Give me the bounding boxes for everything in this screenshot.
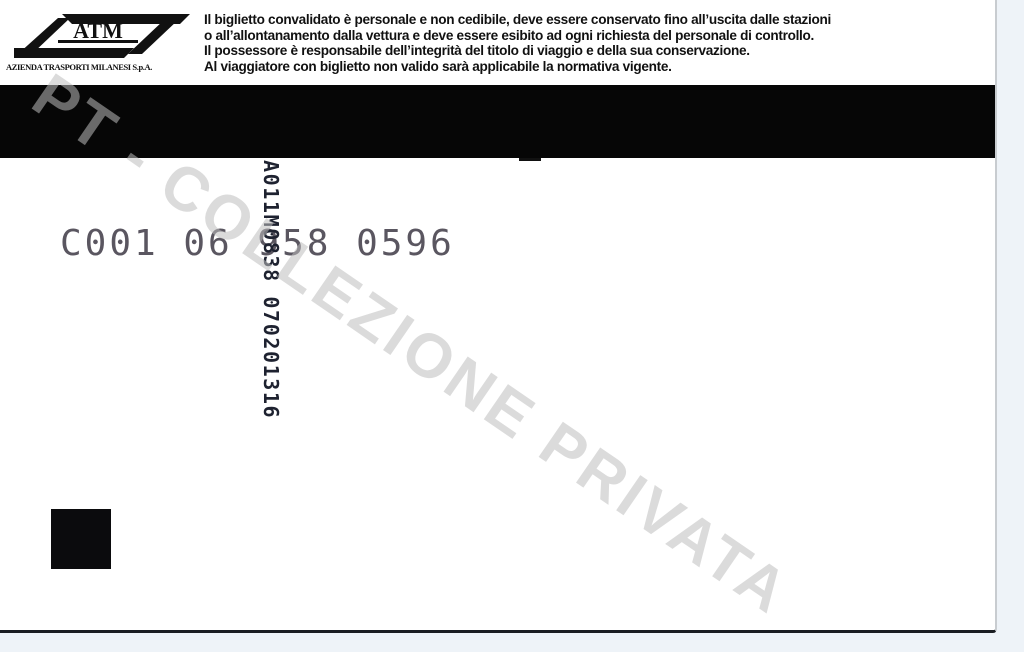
atm-logo: ATM AZIENDA TRASPORTI MILANESI S.p.A. [6,10,194,76]
validation-stamp: A011M0838 070201316 [259,160,283,419]
notice-line: o all’allontanamento dalla vettura e dev… [204,28,984,44]
stripe-notch [519,158,541,161]
atm-logo-icon: ATM [14,10,190,62]
orientation-mark [51,509,111,569]
svg-text:ATM: ATM [73,18,123,43]
magnetic-stripe [0,85,995,158]
issuer-name: AZIENDA TRASPORTI MILANESI S.p.A. [6,62,198,72]
serial-number: C001 06 958 0596 [60,223,455,264]
terms-notice: Il biglietto convalidato è personale e n… [204,12,984,74]
transit-ticket: ATM AZIENDA TRASPORTI MILANESI S.p.A. Il… [0,0,997,633]
notice-line: Al viaggiatore con biglietto non valido … [204,59,984,75]
notice-line: Il possessore è responsabile dell’integr… [204,43,984,59]
notice-line: Il biglietto convalidato è personale e n… [204,12,984,28]
